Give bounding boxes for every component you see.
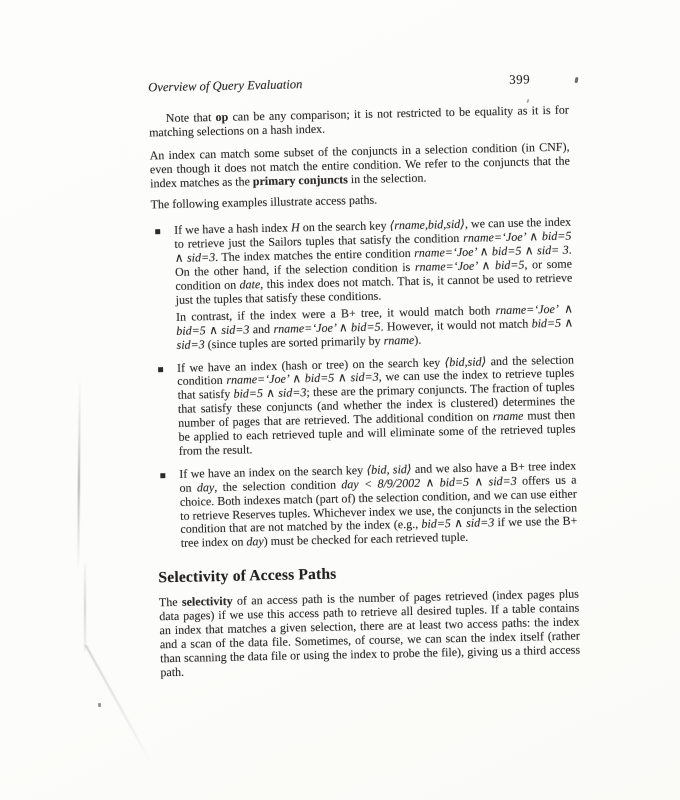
section-heading-selectivity: Selectivity of Access Paths: [158, 560, 578, 588]
paragraph-note-op: Note that op can be any comparison; it i…: [149, 104, 569, 141]
scan-fold-line: [77, 376, 81, 571]
list-item-body: If we have a hash index H on the search …: [174, 216, 574, 352]
scan-speck: [574, 77, 578, 83]
scan-fold-line-diagonal: [85, 645, 151, 762]
paragraph-index-match: An index can match some subset of the co…: [149, 140, 570, 191]
scanned-book-page: Overview of Query Evaluation 399 Note th…: [0, 0, 680, 800]
list-item-hash-index-example: If we have a hash index H on the search …: [151, 216, 574, 353]
list-item-bid-sid-index-example: If we have an index (hash or tree) on th…: [154, 353, 576, 459]
list-item-body: If we have an index (hash or tree) on th…: [177, 353, 576, 459]
running-title: Overview of Query Evaluation: [148, 78, 302, 95]
bullet-square-icon: [158, 367, 163, 372]
scan-speck: [98, 703, 101, 707]
paragraph-examples-intro: The following examples illustrate access…: [151, 190, 571, 213]
access-path-examples-list: If we have a hash index H on the search …: [151, 216, 578, 552]
page-number: 399: [509, 72, 530, 86]
bullet-square-icon: [155, 230, 160, 235]
page-content: Overview of Query Evaluation 399 Note th…: [148, 72, 581, 688]
bullet-square-icon: [160, 473, 165, 478]
page-header: Overview of Query Evaluation 399: [148, 72, 568, 96]
list-item-day-index-example: If we have an index on the search key ⟨b…: [156, 459, 578, 551]
bullet-paragraph-contrast: In contrast, if the index were a B+ tree…: [176, 302, 574, 352]
bullet-paragraph: If we have an index on the search key ⟨b…: [179, 459, 578, 551]
list-item-body: If we have an index on the search key ⟨b…: [179, 459, 578, 551]
bullet-paragraph: If we have an index (hash or tree) on th…: [177, 353, 576, 459]
bullet-paragraph: If we have a hash index H on the search …: [174, 216, 573, 308]
paragraph-selectivity-body: The selectivity of an access path is the…: [159, 588, 581, 680]
scan-fold-line: [84, 563, 86, 651]
